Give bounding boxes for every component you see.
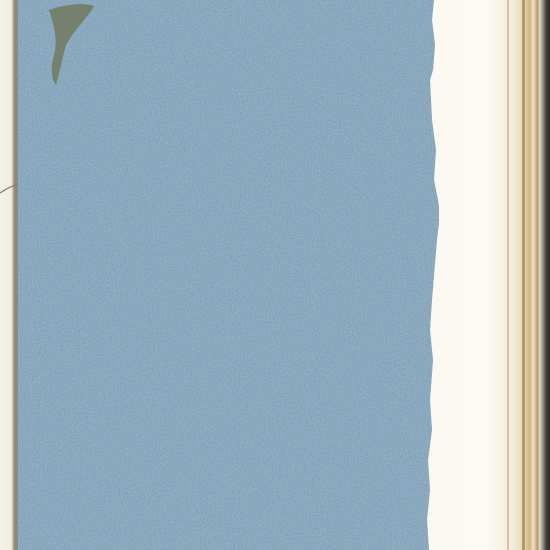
page-edge-line-dark [522, 0, 525, 550]
binding-thread [0, 183, 18, 195]
blue-paper-wrapper [14, 0, 439, 550]
book-photo [0, 0, 550, 550]
right-shadow [540, 0, 550, 550]
page-edge-line [507, 0, 509, 550]
